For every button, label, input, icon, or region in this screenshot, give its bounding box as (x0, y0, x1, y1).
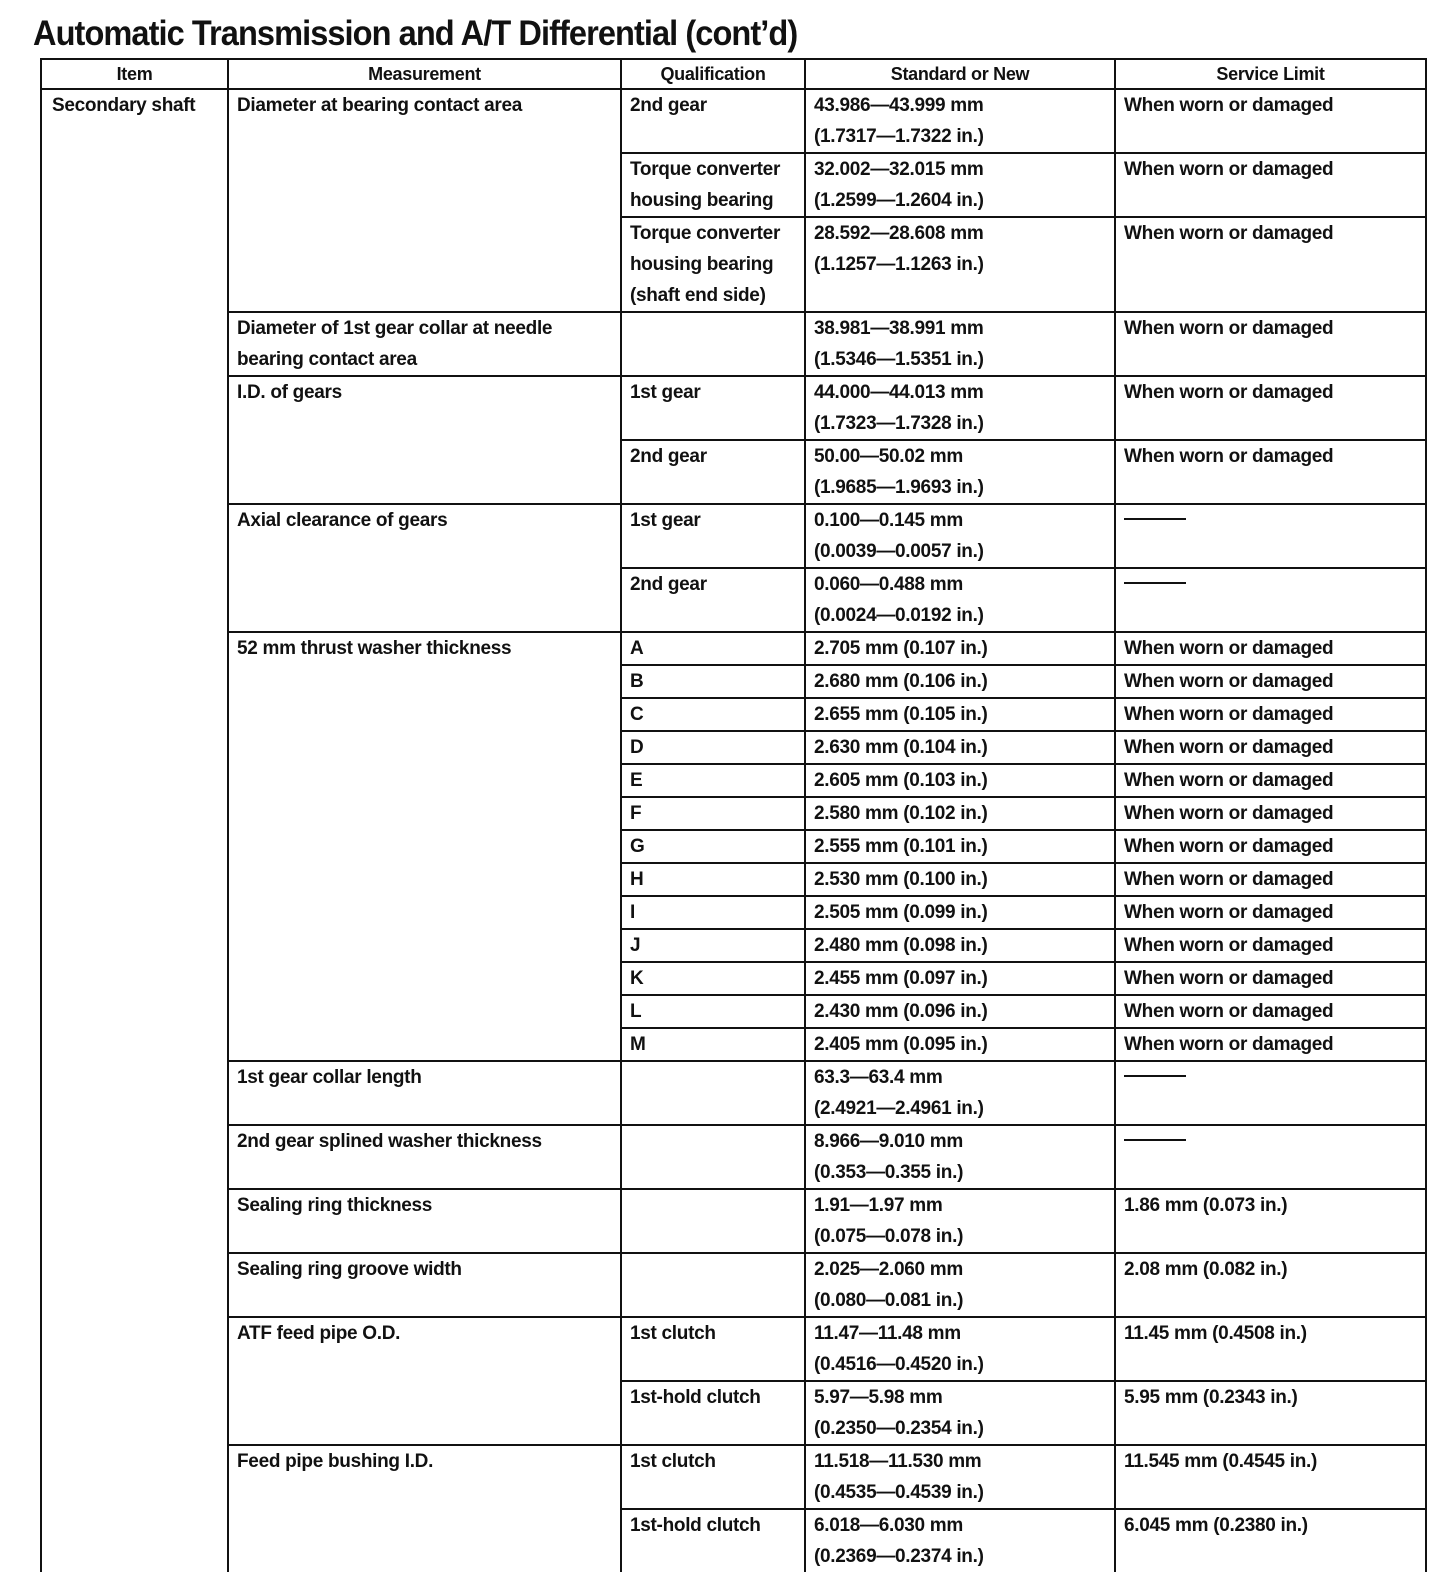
qualification-cell: H (621, 863, 805, 896)
service-limit-cell: 11.545 mm (0.4545 in.) (1115, 1445, 1426, 1509)
measurement-cell: Diameter of 1st gear collar at needle be… (228, 312, 621, 376)
cell-line: When worn or damaged (1124, 732, 1419, 763)
qualification-cell: 2nd gear (621, 440, 805, 504)
cell-line: (1.5346—1.5351 in.) (814, 344, 1108, 375)
service-limit-cell: When worn or damaged (1115, 797, 1426, 830)
cell-line: 2.430 mm (0.096 in.) (814, 996, 1108, 1027)
cell-line: 1st-hold clutch (630, 1510, 798, 1541)
standard-cell: 32.002—32.015 mm(1.2599—1.2604 in.) (805, 153, 1115, 217)
cell-line: 2.705 mm (0.107 in.) (814, 633, 1108, 664)
cell-line: J (630, 930, 798, 961)
cell-line: housing bearing (630, 185, 798, 216)
qualification-cell: 1st-hold clutch (621, 1381, 805, 1445)
cell-line: (0.4516—0.4520 in.) (814, 1349, 1108, 1380)
cell-line: (2.4921—2.4961 in.) (814, 1093, 1108, 1124)
cell-line: 2nd gear (630, 90, 798, 121)
cell-line: 63.3—63.4 mm (814, 1062, 1108, 1093)
cell-line: 2.480 mm (0.098 in.) (814, 930, 1108, 961)
qualification-cell (621, 312, 805, 376)
measurement-cell: ATF feed pipe O.D. (228, 1317, 621, 1445)
service-limit-cell: When worn or damaged (1115, 698, 1426, 731)
not-applicable-dash (1124, 1139, 1186, 1141)
cell-line: F (630, 798, 798, 829)
cell-line: When worn or damaged (1124, 963, 1419, 994)
cell-line: 5.97—5.98 mm (814, 1382, 1108, 1413)
cell-line: 6.018—6.030 mm (814, 1510, 1108, 1541)
service-limit-cell: When worn or damaged (1115, 376, 1426, 440)
qualification-cell (621, 1125, 805, 1189)
standard-cell: 2.455 mm (0.097 in.) (805, 962, 1115, 995)
service-limit-cell (1115, 568, 1426, 632)
qualification-cell: F (621, 797, 805, 830)
standard-cell: 38.981—38.991 mm(1.5346—1.5351 in.) (805, 312, 1115, 376)
table-row: Sealing ring groove width2.025—2.060 mm(… (41, 1253, 1426, 1317)
standard-cell: 8.966—9.010 mm(0.353—0.355 in.) (805, 1125, 1115, 1189)
cell-line: 1st gear (630, 377, 798, 408)
qualification-cell (621, 1253, 805, 1317)
cell-line: K (630, 963, 798, 994)
cell-line: 2.655 mm (0.105 in.) (814, 699, 1108, 730)
service-limit-cell: 6.045 mm (0.2380 in.) (1115, 1509, 1426, 1572)
table-row: ATF feed pipe O.D.1st clutch11.47—11.48 … (41, 1317, 1426, 1381)
cell-line: 38.981—38.991 mm (814, 313, 1108, 344)
cell-line: 2.405 mm (0.095 in.) (814, 1029, 1108, 1060)
qualification-cell (621, 1061, 805, 1125)
cell-line: (0.080—0.081 in.) (814, 1285, 1108, 1316)
cell-line: 2.630 mm (0.104 in.) (814, 732, 1108, 763)
cell-line: (0.075—0.078 in.) (814, 1221, 1108, 1252)
standard-cell: 2.405 mm (0.095 in.) (805, 1028, 1115, 1061)
cell-line: (1.1257—1.1263 in.) (814, 249, 1108, 280)
standard-cell: 2.680 mm (0.106 in.) (805, 665, 1115, 698)
cell-line: When worn or damaged (1124, 218, 1419, 249)
cell-line: (0.4535—0.4539 in.) (814, 1477, 1108, 1508)
cell-line: (1.2599—1.2604 in.) (814, 185, 1108, 216)
cell-line: When worn or damaged (1124, 897, 1419, 928)
standard-cell: 2.430 mm (0.096 in.) (805, 995, 1115, 1028)
qualification-cell: J (621, 929, 805, 962)
table-row: Axial clearance of gears1st gear0.100—0.… (41, 504, 1426, 568)
cell-line: 1st gear (630, 505, 798, 536)
standard-cell: 1.91—1.97 mm(0.075—0.078 in.) (805, 1189, 1115, 1253)
table-row: Sealing ring thickness1.91—1.97 mm(0.075… (41, 1189, 1426, 1253)
service-limit-cell: When worn or damaged (1115, 929, 1426, 962)
standard-cell: 6.018—6.030 mm(0.2369—0.2374 in.) (805, 1509, 1115, 1572)
standard-cell: 2.505 mm (0.099 in.) (805, 896, 1115, 929)
cell-line: When worn or damaged (1124, 90, 1419, 121)
service-limit-cell: When worn or damaged (1115, 731, 1426, 764)
table-row: 1st gear collar length63.3—63.4 mm(2.492… (41, 1061, 1426, 1125)
standard-cell: 2.480 mm (0.098 in.) (805, 929, 1115, 962)
cell-line: Torque converter (630, 218, 798, 249)
cell-line: 28.592—28.608 mm (814, 218, 1108, 249)
standard-cell: 44.000—44.013 mm(1.7323—1.7328 in.) (805, 376, 1115, 440)
qualification-cell: L (621, 995, 805, 1028)
service-limit-cell (1115, 1061, 1426, 1125)
standard-cell: 2.705 mm (0.107 in.) (805, 632, 1115, 665)
cell-line: 2.505 mm (0.099 in.) (814, 897, 1108, 928)
cell-line: 11.545 mm (0.4545 in.) (1124, 1446, 1419, 1477)
qualification-cell: G (621, 830, 805, 863)
service-limit-cell: When worn or damaged (1115, 665, 1426, 698)
table-row: Feed pipe bushing I.D.1st clutch11.518—1… (41, 1445, 1426, 1509)
cell-line: (0.2350—0.2354 in.) (814, 1413, 1108, 1444)
cell-line: 1st clutch (630, 1446, 798, 1477)
qualification-cell: D (621, 731, 805, 764)
cell-line: When worn or damaged (1124, 1029, 1419, 1060)
cell-line: E (630, 765, 798, 796)
standard-cell: 11.518—11.530 mm(0.4535—0.4539 in.) (805, 1445, 1115, 1509)
table-row: I.D. of gears1st gear44.000—44.013 mm(1.… (41, 376, 1426, 440)
cell-line: Torque converter (630, 154, 798, 185)
table-row: Diameter of 1st gear collar at needle be… (41, 312, 1426, 376)
service-limit-cell: When worn or damaged (1115, 896, 1426, 929)
service-limit-cell: When worn or damaged (1115, 312, 1426, 376)
cell-line: 2.605 mm (0.103 in.) (814, 765, 1108, 796)
column-header-qualification: Qualification (621, 59, 805, 89)
cell-line: H (630, 864, 798, 895)
service-limit-cell: When worn or damaged (1115, 440, 1426, 504)
cell-line: When worn or damaged (1124, 930, 1419, 961)
standard-cell: 43.986—43.999 mm(1.7317—1.7322 in.) (805, 89, 1115, 153)
cell-line: (shaft end side) (630, 280, 798, 311)
standard-cell: 5.97—5.98 mm(0.2350—0.2354 in.) (805, 1381, 1115, 1445)
cell-line: G (630, 831, 798, 862)
cell-line: 2nd gear (630, 569, 798, 600)
service-limit-cell: 5.95 mm (0.2343 in.) (1115, 1381, 1426, 1445)
cell-line: 32.002—32.015 mm (814, 154, 1108, 185)
cell-line: (1.7317—1.7322 in.) (814, 121, 1108, 152)
cell-line: 5.95 mm (0.2343 in.) (1124, 1382, 1419, 1413)
cell-line: 44.000—44.013 mm (814, 377, 1108, 408)
cell-line: 8.966—9.010 mm (814, 1126, 1108, 1157)
measurement-cell: Sealing ring groove width (228, 1253, 621, 1317)
service-limit-cell: When worn or damaged (1115, 632, 1426, 665)
not-applicable-dash (1124, 1075, 1186, 1077)
qualification-cell: A (621, 632, 805, 665)
cell-line: housing bearing (630, 249, 798, 280)
cell-line: When worn or damaged (1124, 377, 1419, 408)
service-limit-cell (1115, 1125, 1426, 1189)
cell-line: (0.353—0.355 in.) (814, 1157, 1108, 1188)
not-applicable-dash (1124, 582, 1186, 584)
specification-table: Item Measurement Qualification Standard … (40, 58, 1427, 1572)
cell-line: 11.47—11.48 mm (814, 1318, 1108, 1349)
cell-line: M (630, 1029, 798, 1060)
table-body: Secondary shaftDiameter at bearing conta… (41, 89, 1426, 1572)
cell-line: 1st clutch (630, 1318, 798, 1349)
cell-line: When worn or damaged (1124, 154, 1419, 185)
measurement-cell: 1st gear collar length (228, 1061, 621, 1125)
cell-line: When worn or damaged (1124, 699, 1419, 730)
cell-line: L (630, 996, 798, 1027)
qualification-cell: C (621, 698, 805, 731)
cell-line: 2.555 mm (0.101 in.) (814, 831, 1108, 862)
cell-line: B (630, 666, 798, 697)
qualification-cell: 1st clutch (621, 1445, 805, 1509)
measurement-cell: Diameter at bearing contact area (228, 89, 621, 312)
standard-cell: 0.060—0.488 mm(0.0024—0.0192 in.) (805, 568, 1115, 632)
measurement-cell: 2nd gear splined washer thickness (228, 1125, 621, 1189)
service-limit-cell: When worn or damaged (1115, 764, 1426, 797)
cell-line: 1st-hold clutch (630, 1382, 798, 1413)
service-limit-cell: When worn or damaged (1115, 962, 1426, 995)
qualification-cell: 1st-hold clutch (621, 1509, 805, 1572)
cell-line: 2.455 mm (0.097 in.) (814, 963, 1108, 994)
cell-line: (1.9685—1.9693 in.) (814, 472, 1108, 503)
cell-line: 11.45 mm (0.4508 in.) (1124, 1318, 1419, 1349)
qualification-cell: Torque converterhousing bearing (621, 153, 805, 217)
qualification-cell: 2nd gear (621, 568, 805, 632)
cell-line: 2.025—2.060 mm (814, 1254, 1108, 1285)
standard-cell: 50.00—50.02 mm(1.9685—1.9693 in.) (805, 440, 1115, 504)
cell-line: When worn or damaged (1124, 831, 1419, 862)
qualification-cell: 1st clutch (621, 1317, 805, 1381)
cell-line: I (630, 897, 798, 928)
cell-line: When worn or damaged (1124, 666, 1419, 697)
not-applicable-dash (1124, 518, 1186, 520)
table-row: Secondary shaftDiameter at bearing conta… (41, 89, 1426, 153)
service-limit-cell: 1.86 mm (0.073 in.) (1115, 1189, 1426, 1253)
column-header-item: Item (41, 59, 228, 89)
qualification-cell: E (621, 764, 805, 797)
cell-line: 0.100—0.145 mm (814, 505, 1108, 536)
qualification-cell: Torque converterhousing bearing(shaft en… (621, 217, 805, 312)
table-row: 52 mm thrust washer thicknessA2.705 mm (… (41, 632, 1426, 665)
cell-line: 0.060—0.488 mm (814, 569, 1108, 600)
service-limit-cell: When worn or damaged (1115, 153, 1426, 217)
cell-line: When worn or damaged (1124, 633, 1419, 664)
standard-cell: 28.592—28.608 mm(1.1257—1.1263 in.) (805, 217, 1115, 312)
cell-line: 43.986—43.999 mm (814, 90, 1108, 121)
cell-line: 50.00—50.02 mm (814, 441, 1108, 472)
cell-line: When worn or damaged (1124, 996, 1419, 1027)
standard-cell: 2.605 mm (0.103 in.) (805, 764, 1115, 797)
cell-line: When worn or damaged (1124, 313, 1419, 344)
cell-line: When worn or damaged (1124, 441, 1419, 472)
qualification-cell (621, 1189, 805, 1253)
standard-cell: 11.47—11.48 mm(0.4516—0.4520 in.) (805, 1317, 1115, 1381)
service-limit-cell: When worn or damaged (1115, 863, 1426, 896)
cell-line: 2.530 mm (0.100 in.) (814, 864, 1108, 895)
standard-cell: 0.100—0.145 mm(0.0039—0.0057 in.) (805, 504, 1115, 568)
standard-cell: 2.555 mm (0.101 in.) (805, 830, 1115, 863)
qualification-cell: 1st gear (621, 504, 805, 568)
service-limit-cell: When worn or damaged (1115, 830, 1426, 863)
cell-line: A (630, 633, 798, 664)
cell-line: When worn or damaged (1124, 864, 1419, 895)
standard-cell: 63.3—63.4 mm(2.4921—2.4961 in.) (805, 1061, 1115, 1125)
column-header-service-limit: Service Limit (1115, 59, 1426, 89)
column-header-standard: Standard or New (805, 59, 1115, 89)
standard-cell: 2.655 mm (0.105 in.) (805, 698, 1115, 731)
qualification-cell: M (621, 1028, 805, 1061)
table-header-row: Item Measurement Qualification Standard … (41, 59, 1426, 89)
qualification-cell: 2nd gear (621, 89, 805, 153)
qualification-cell: 1st gear (621, 376, 805, 440)
measurement-cell: Sealing ring thickness (228, 1189, 621, 1253)
service-limit-cell (1115, 504, 1426, 568)
cell-line: 2nd gear (630, 441, 798, 472)
qualification-cell: I (621, 896, 805, 929)
standard-cell: 2.530 mm (0.100 in.) (805, 863, 1115, 896)
cell-line: (0.0024—0.0192 in.) (814, 600, 1108, 631)
cell-line: D (630, 732, 798, 763)
standard-cell: 2.630 mm (0.104 in.) (805, 731, 1115, 764)
cell-line: (0.0039—0.0057 in.) (814, 536, 1108, 567)
service-limit-cell: 2.08 mm (0.082 in.) (1115, 1253, 1426, 1317)
qualification-cell: K (621, 962, 805, 995)
item-cell: Secondary shaft (41, 89, 228, 1572)
measurement-cell: I.D. of gears (228, 376, 621, 504)
cell-line: 1.86 mm (0.073 in.) (1124, 1190, 1419, 1221)
measurement-cell: 52 mm thrust washer thickness (228, 632, 621, 1061)
service-limit-cell: When worn or damaged (1115, 995, 1426, 1028)
service-limit-cell: 11.45 mm (0.4508 in.) (1115, 1317, 1426, 1381)
cell-line: 2.680 mm (0.106 in.) (814, 666, 1108, 697)
cell-line: (0.2369—0.2374 in.) (814, 1541, 1108, 1572)
column-header-measurement: Measurement (228, 59, 621, 89)
cell-line: When worn or damaged (1124, 765, 1419, 796)
standard-cell: 2.580 mm (0.102 in.) (805, 797, 1115, 830)
measurement-cell: Axial clearance of gears (228, 504, 621, 632)
cell-line: 11.518—11.530 mm (814, 1446, 1108, 1477)
cell-line: C (630, 699, 798, 730)
service-limit-cell: When worn or damaged (1115, 217, 1426, 312)
cell-line: 2.08 mm (0.082 in.) (1124, 1254, 1419, 1285)
qualification-cell: B (621, 665, 805, 698)
cell-line: (1.7323—1.7328 in.) (814, 408, 1108, 439)
cell-line: 1.91—1.97 mm (814, 1190, 1108, 1221)
measurement-cell: Feed pipe bushing I.D. (228, 1445, 621, 1572)
page-title: Automatic Transmission and A/T Different… (33, 14, 797, 54)
standard-cell: 2.025—2.060 mm(0.080—0.081 in.) (805, 1253, 1115, 1317)
cell-line: 2.580 mm (0.102 in.) (814, 798, 1108, 829)
service-limit-cell: When worn or damaged (1115, 1028, 1426, 1061)
table-row: 2nd gear splined washer thickness8.966—9… (41, 1125, 1426, 1189)
cell-line: When worn or damaged (1124, 798, 1419, 829)
service-limit-cell: When worn or damaged (1115, 89, 1426, 153)
cell-line: 6.045 mm (0.2380 in.) (1124, 1510, 1419, 1541)
